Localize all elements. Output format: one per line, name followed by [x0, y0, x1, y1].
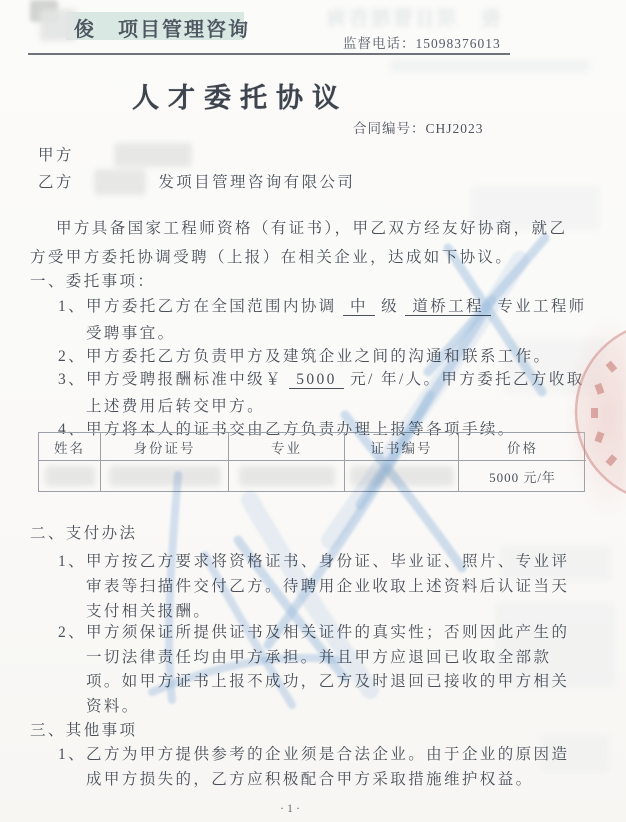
supervision-phone: 监督电话：15098376013 [343, 32, 501, 52]
item1-mid: 级 [381, 298, 399, 315]
header-logo-redaction [40, 9, 76, 41]
section3-heading: 三、其他事项 [30, 718, 137, 740]
s3-i1-line: 成甲方损失的，乙方应积极配合甲方采取措施维护权益。 [58, 767, 569, 792]
section2-heading: 二、支付办法 [30, 521, 137, 543]
cert-redaction [350, 466, 454, 486]
item3-blank-price: 5000 [289, 371, 344, 389]
contract-number: 合同编号：CHJ2023 [353, 117, 484, 137]
section1-item1: 1、甲方委托乙方在全国范围内协调 中 级 道桥工程 专业工程师 受聘事宜。 [58, 293, 587, 347]
company-name: 俊 项目管理咨询 [74, 13, 250, 42]
col-header-name: 姓名 [39, 433, 101, 461]
item1-blank-level: 中 [343, 298, 375, 316]
item1-pre: 1、甲方委托乙方在全国范围内协调 [58, 298, 337, 315]
party-a-line: 甲方 [38, 143, 192, 167]
bleedthrough-header-text: 俊 项目管理咨询 [325, 2, 501, 31]
intro-line: 甲方具备国家工程师资格（有证书），甲乙双方经友好协商，就乙 [30, 214, 567, 243]
bleedthrough-bar [390, 60, 590, 72]
scanned-contract-page: 俊 项目管理咨询 俊 项目管理咨询 监督电话：15098376013 人才委托协… [0, 0, 626, 822]
col-header-id: 身份证号 [101, 433, 229, 461]
section3-item1: 1、乙方为甲方提供参考的企业须是合法企业。由于企业的原因造 成甲方损失的，乙方应… [58, 742, 569, 792]
page-title: 人才委托协议 [132, 76, 348, 115]
section1-heading: 一、委托事项： [30, 269, 155, 291]
s2-i2-line: 项。如甲方证书上报不成功，乙方及时退回已接收的甲方相关 [58, 670, 569, 695]
id-redaction [109, 466, 221, 486]
header-divider [28, 53, 510, 55]
party-b-name: 发项目管理咨询有限公司 [158, 174, 355, 191]
party-b-line: 乙方 发项目管理咨询有限公司 [38, 169, 355, 195]
party-a-label: 甲方 [38, 147, 74, 164]
intro-paragraph: 甲方具备国家工程师资格（有证书），甲乙双方经友好协商，就乙 方受甲方委托协调受聘… [30, 214, 567, 272]
contract-number-value: CHJ2023 [426, 121, 484, 136]
col-header-price: 价格 [459, 433, 586, 461]
item1-line2: 受聘事宜。 [58, 320, 587, 347]
major-redaction [239, 466, 335, 486]
section1-item2: 2、甲方委托乙方负责甲方及建筑企业之间的沟通和联系工作。 [58, 344, 551, 366]
page-number: ·1· [280, 801, 303, 816]
party-b-label: 乙方 [38, 174, 74, 191]
candidate-table: 姓名 身份证号 专业 证书编号 价格 5000 元/年 [38, 432, 585, 492]
table-cell-name [39, 461, 101, 491]
col-header-cert-no: 证书编号 [345, 433, 459, 461]
s2-i1-line: 审表等扫描件交付乙方。待聘用企业收取上述资料后认证当天 [58, 574, 569, 599]
s3-i1-line: 1、乙方为甲方提供参考的企业须是合法企业。由于企业的原因造 [58, 742, 569, 767]
table-cell-price: 5000 元/年 [459, 461, 586, 491]
intro-line: 方受甲方委托协调受聘（上报）在相关企业，达成如下协议。 [30, 243, 567, 272]
s2-i2-line: 资料。 [58, 695, 569, 720]
section2-item2: 2、甲方须保证所提供证书及相关证件的真实性；否则因此产生的 一切法律责任均由甲方… [58, 621, 569, 719]
red-stamp-text [591, 361, 617, 467]
section1-item3: 3、甲方受聘报酬标准中级￥ 5000 元/ 年/人。甲方委托乙方收取 上述费用后… [58, 366, 585, 420]
section2-item1: 1、甲方按乙方要求将资格证书、身份证、毕业证、照片、专业评 审表等扫描件交付乙方… [58, 549, 569, 624]
contract-number-label: 合同编号： [353, 121, 426, 136]
s2-i2-line: 2、甲方须保证所提供证书及相关证件的真实性；否则因此产生的 [58, 621, 569, 646]
s2-i2-line: 一切法律责任均由甲方承担。并且甲方应退回已收取全部款 [58, 646, 569, 671]
phone-label: 监督电话： [343, 36, 416, 51]
party-a-redaction [114, 143, 192, 167]
table-cell-cert-no [345, 461, 459, 491]
s2-i1-line: 1、甲方按乙方要求将资格证书、身份证、毕业证、照片、专业评 [58, 549, 569, 574]
name-redaction [45, 466, 95, 486]
item3-pre: 3、甲方受聘报酬标准中级￥ [58, 371, 283, 388]
table-cell-major [229, 461, 345, 491]
item3-post: 元/ 年/人。甲方委托乙方收取 [350, 371, 585, 388]
table-cell-id [101, 461, 229, 491]
col-header-major: 专业 [229, 433, 345, 461]
item1-blank-major: 道桥工程 [405, 298, 491, 316]
item1-post: 专业工程师 [497, 298, 587, 315]
party-b-redaction [94, 169, 146, 195]
phone-number: 15098376013 [416, 36, 501, 51]
item3-line2: 上述费用后转交甲方。 [58, 393, 585, 420]
